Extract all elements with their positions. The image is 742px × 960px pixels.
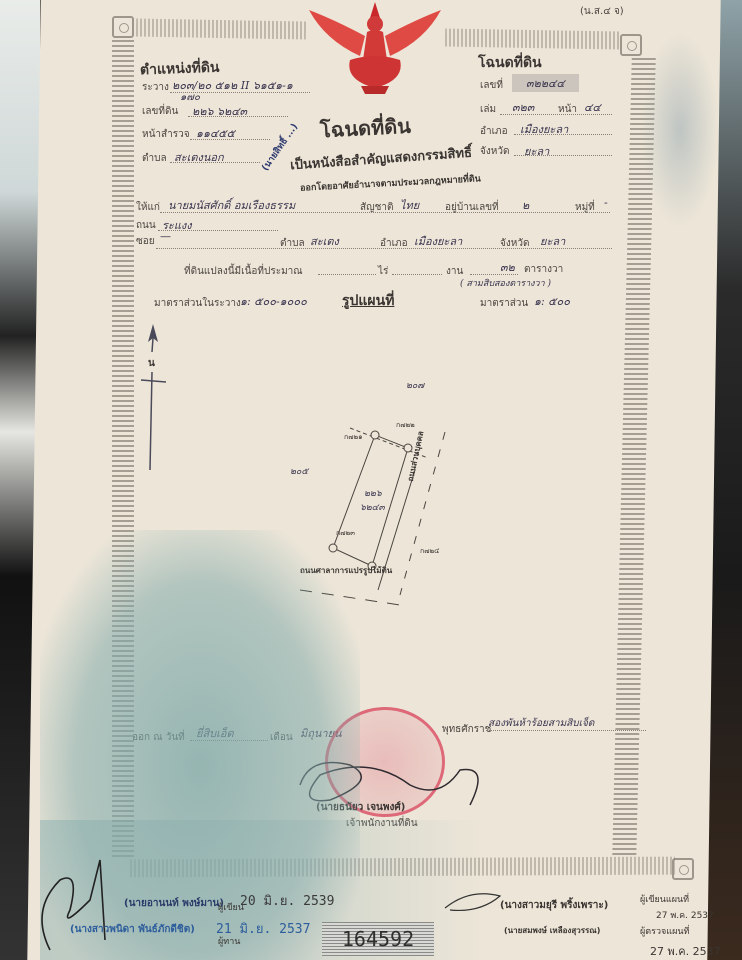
deed-no-value: ๓๒๒๔๔ <box>512 74 579 92</box>
sheet-scale-label: มาตราส่วนในระวาง <box>154 296 241 311</box>
survey-page-line <box>190 139 270 140</box>
address-line <box>156 248 612 249</box>
soi-label: ซอย <box>136 234 155 249</box>
rai-line <box>318 274 376 275</box>
serial-number: 164592 <box>322 922 434 956</box>
wa-label: ตารางวา <box>524 262 563 277</box>
reader-date: 21 มิ.ย. 2537 <box>216 918 310 939</box>
main-title: โฉนดที่ดิน <box>319 110 411 147</box>
left-signature <box>20 850 130 960</box>
moo-value: - <box>604 196 608 209</box>
rai-label: ไร่ <box>378 264 388 279</box>
area-note: ( สามสิบสองตารางวา ) <box>460 276 551 290</box>
land-no-line <box>188 116 288 117</box>
footer-reader-name: (นางสาวพนิดา พันธ์ภักดีชิต) <box>70 922 195 937</box>
border-top-left <box>136 19 306 40</box>
footer-mapper-name: (นางสาวมยุรี พริ้งเพราะ) <box>500 898 608 913</box>
year-label: พุทธศักราช <box>442 722 491 737</box>
survey-page-label: หน้าสำรวจ <box>142 127 190 142</box>
deed-no-label: เลขที่ <box>480 78 503 93</box>
map-scale-label: มาตราส่วน <box>480 296 528 311</box>
garuda-emblem-icon <box>305 0 445 95</box>
land-no-label: เลขที่ดิน <box>142 104 178 119</box>
corner-ornament-tr <box>620 34 642 56</box>
book-label: เล่ม <box>480 102 496 117</box>
parcel-north-no: ๒๐๗ <box>406 378 424 392</box>
corner-tr-label: ก๗๒๒ <box>396 420 415 431</box>
soi-value: — <box>160 230 171 243</box>
rawang-label: ระวาง <box>142 80 169 95</box>
corner-ornament-br <box>672 858 694 880</box>
land-no-value: ๒๒๖ ๖๒๔๓ <box>192 102 247 120</box>
corner-ornament-tl <box>112 16 134 38</box>
checker-label: ผู้ตรวจแผนที่ <box>640 924 689 938</box>
amphoe-label: อำเภอ <box>480 124 508 139</box>
mapper-label: ผู้เขียนแผนที่ <box>640 892 689 906</box>
checker-date: 27 พ.ค. 2537 <box>650 942 721 960</box>
photo-shadow-top-right <box>640 30 720 230</box>
tambon-value: สะเตงนอก <box>174 148 224 166</box>
parcel-west-no: ๒๐๕ <box>290 464 308 478</box>
north-arrow-icon <box>138 322 168 472</box>
tambon-label: ตำบล <box>142 151 167 166</box>
province-label: จังหวัด <box>480 144 509 159</box>
map-heading: รูปแผนที่ <box>342 290 394 312</box>
province-line <box>514 155 612 156</box>
road-label: ถนน <box>136 218 156 233</box>
map-scale-value: ๑: ๕๐๐ <box>534 292 570 310</box>
north-label: น <box>148 356 155 371</box>
amphoe-line <box>514 134 612 135</box>
corner-tl-label: ก๗๒๑ <box>344 432 363 443</box>
year-line <box>486 730 646 731</box>
ngan-line <box>392 274 442 275</box>
form-code: (น.ส.๔ จ) <box>580 4 624 19</box>
road-line <box>158 230 278 231</box>
province-value: ยะลา <box>524 142 549 160</box>
sheet-scale-value: ๑: ๕๐๐-๑๐๐๐ <box>240 292 307 310</box>
mapper-date: 27 พ.ค. 2537 <box>656 908 714 922</box>
parcel-number: ๖๒๔๓ <box>360 500 385 514</box>
owner-to-label: ให้แก่ <box>136 200 160 215</box>
parcel-id: ๒๒๖ <box>364 486 382 500</box>
wa-value: ๓๒ <box>500 258 515 276</box>
writer-date: 20 มิ.ย. 2539 <box>240 890 334 911</box>
amphoe-value: เมืองยะลา <box>520 120 568 138</box>
area-label: ที่ดินแปลงนี้มีเนื้อที่ประมาณ <box>184 264 303 279</box>
deed-heading: โฉนดที่ดิน <box>478 52 542 74</box>
tambon-line <box>170 162 260 163</box>
footer-checker-name: (นายสมพงษ์ เหลืองสุวรรณ) <box>504 924 600 937</box>
border-top-right <box>445 28 620 49</box>
corner-br-label: ก๗๒๔ <box>420 546 439 557</box>
book-line <box>500 114 612 115</box>
issued-year: สองพันห้าร้อยสามสิบเจ็ด <box>488 716 594 731</box>
owner-line <box>160 212 610 213</box>
footer-writer-name: (นายอานนท์ พงษ์มาน) <box>124 896 224 911</box>
